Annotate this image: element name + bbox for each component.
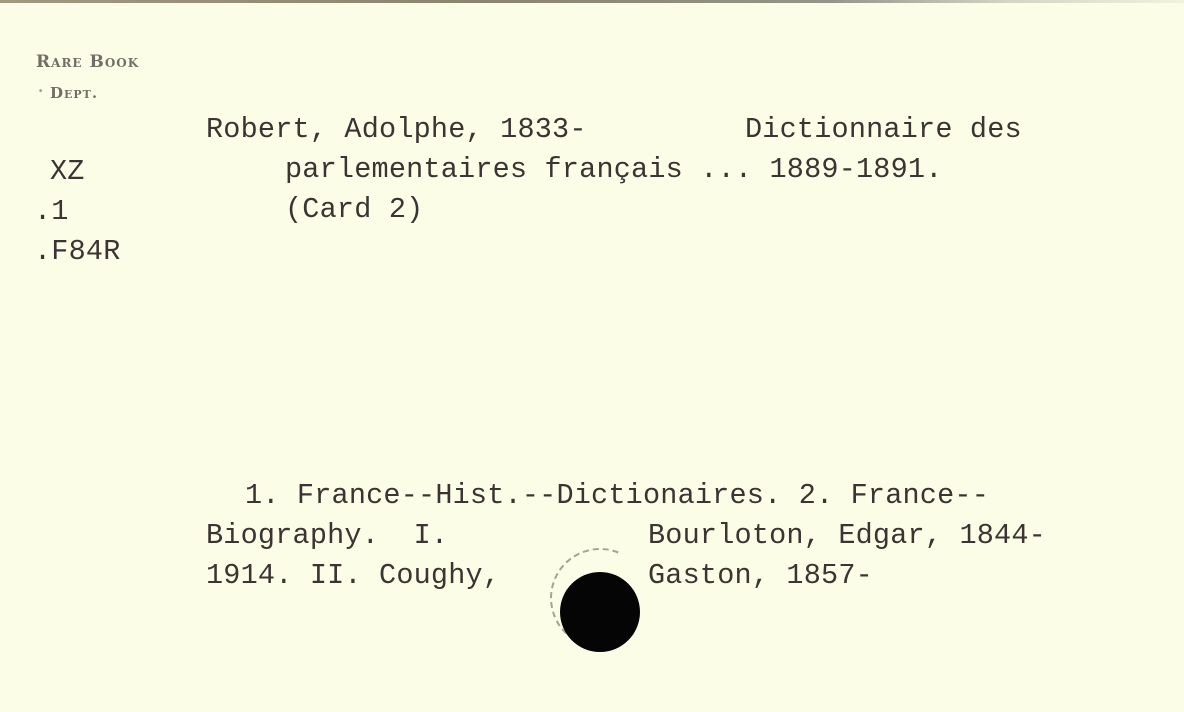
main-entry-author: Robert, Adolphe, 1833- (206, 110, 587, 150)
department-stamp-line1: Rare Book (36, 52, 139, 72)
tracings-line2-left: Biography. I. (206, 516, 448, 556)
tracings-line1: 1. France--Hist.--Dictionaires. 2. Franc… (245, 476, 989, 516)
main-entry-title-continued: parlementaires français ... 1889-1891. (285, 150, 943, 190)
main-entry-title-start: Dictionnaire des (745, 110, 1022, 150)
catalog-card: Rare Book Dept. XZ .1 .F84R Robert, Adol… (0, 0, 1184, 712)
call-number-class: XZ (50, 152, 85, 192)
tracings-line3-right: Gaston, 1857- (648, 556, 873, 596)
call-number-subclass: .1 (34, 192, 69, 232)
call-number-cutter: .F84R (34, 232, 121, 272)
card-sequence-note: (Card 2) (285, 190, 423, 230)
tracings-line2-right: Bourloton, Edgar, 1844- (648, 516, 1046, 556)
department-stamp-line2: Dept. (50, 84, 98, 102)
tracings-line3-left: 1914. II. Coughy, (206, 556, 500, 596)
card-top-edge (0, 0, 1184, 3)
punch-hole (560, 572, 640, 652)
